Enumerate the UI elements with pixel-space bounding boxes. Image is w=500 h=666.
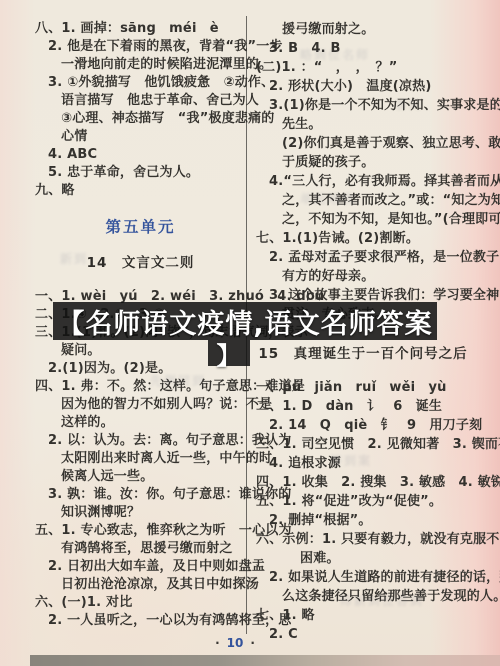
answer-line: 3. 孰：谁。汝：你。句子意思：谁说你的 (35, 486, 246, 504)
answer-line: 2. 删掉“根据”。 (256, 511, 470, 530)
answer-line: 于质疑的孩子。 (256, 153, 470, 172)
answer-line: 八、1. 画掉：sāng méi è (35, 20, 246, 38)
answer-line: 四、1. 收集 2. 搜集 3. 敏感 4. 敏锐 (256, 473, 470, 492)
watermark-text-line1: 【名师语文疫情,语文名师答案 (57, 302, 432, 341)
answer-line: 九、略 (35, 182, 246, 200)
answer-line: 日初出沧沧凉凉，及其日中如探汤 (35, 576, 246, 594)
answer-line: 2. 如果说人生道路的前进有捷径的话，那 (256, 568, 470, 587)
bleedthrough-text: 先例同到 (150, 372, 206, 389)
answer-line: 候离人远一些。 (35, 468, 246, 486)
answer-line: 六、(一)1. 对比 (35, 594, 246, 612)
answer-line: 太阳刚出来时离人近一些，中午的时 (35, 450, 246, 468)
answer-line: 一、pǔ jiǎn ruǐ wěi yù (256, 378, 470, 397)
answer-line: 之，不知为不知，是知也。”(合理即可) (256, 210, 470, 229)
footer-right-dot: · (250, 636, 255, 650)
answer-line: 2. 一人虽听之，一心以为有鸿鹄将至，思 (35, 612, 246, 630)
answer-line: 五、1. 专心致志，惟弈秋之为听 一心以为 (35, 522, 246, 540)
answer-line: 七、1.(1)告诫。(2)割断。 (256, 229, 470, 248)
lesson-heading: 15 真理诞生于一百个问号之后 (256, 344, 470, 364)
answer-line: 六、示例：1. 只要有毅力，就没有克服不了的 (256, 530, 470, 549)
scan-edge-shadow (30, 655, 500, 666)
answer-line: 五、1. 将“促进”改为“促使”。 (256, 492, 470, 511)
bleedthrough-text: 略到位名师 (300, 46, 370, 63)
watermark-text-line2: 】 (217, 336, 242, 371)
watermark-banner-bracket: 】 (208, 340, 250, 366)
answer-line: 先生。 (256, 115, 470, 134)
answer-line: 有方的好母亲。 (256, 267, 470, 286)
unit-heading: 第五单元 (35, 216, 246, 238)
answer-line: 语言描写 他忠于革命、舍己为人 (35, 92, 246, 110)
answer-line: 因为他的智力不如别人吗？说：不是 (35, 396, 246, 414)
answer-line: 3.(1)你是一个不知为不知、实事求是的 (256, 96, 470, 115)
answer-line: 二、1. D dàn 讠 6 诞生 (256, 397, 470, 416)
answer-line: 四、1. 弗：不。然：这样。句子意思：难道是 (35, 378, 246, 396)
answer-line: 这样的。 (35, 414, 246, 432)
answer-line: 困难。 (256, 549, 470, 568)
bleedthrough-text: 答到案 (330, 452, 372, 469)
bleedthrough-text: 单元培优 (300, 190, 356, 207)
answer-line: ③心理、神态描写 “我”极度悲痛的 (35, 110, 246, 128)
bleedthrough-text: 新到 (60, 250, 88, 267)
page-number: 10 (227, 636, 244, 650)
answer-line: 5. 忠于革命，舍己为人。 (35, 164, 246, 182)
footer-left-dot: · (215, 636, 220, 650)
scanned-answer-page: 略到位名师答同单元培优新到先例同到答到案师新到位答到 八、1. 画掉：sāng … (0, 0, 500, 666)
answer-line: 之，其不善者而改之。”或：“知之为知 (256, 191, 470, 210)
watermark-banner: 【名师语文疫情,语文名师答案 (53, 302, 437, 340)
answer-line: 4.“三人行，必有我师焉。择其善者而从 (256, 172, 470, 191)
answer-line: 2. 他是在下着雨的黑夜，背着“我”一步 (35, 38, 246, 56)
answer-line: 援弓缴而射之。 (256, 20, 470, 39)
answer-line: 2. 日初出大如车盖，及日中则如盘盂 (35, 558, 246, 576)
answer-line: 心情 (35, 128, 246, 146)
answer-line: 2. 形状(大小) 温度(凉热) (256, 77, 470, 96)
answer-line: 4. ABC (35, 146, 246, 164)
answer-line: 2. 14 Q qiè 钅 9 用刀子刻 (256, 416, 470, 435)
answer-line: (2)你们真是善于观察、独立思考、敢 (256, 134, 470, 153)
answer-line: 知识渊博呢？ (35, 504, 246, 522)
answer-line: 2. 以：认为。去：离。句子意思：我认为 (35, 432, 246, 450)
answer-line: 2. 孟母对孟子要求很严格，是一位教子 (256, 248, 470, 267)
answer-line: 一滑地向前走的时候陷进泥潭里的。 (35, 56, 246, 74)
page-footer: ·10· (0, 636, 470, 650)
bleedthrough-text: 师新到位答到 (340, 592, 424, 609)
answer-line: 有鸿鹄将至，思援弓缴而射之 (35, 540, 246, 558)
answer-line: 3. ①外貌描写 他饥饿疲惫 ②动作、 (35, 74, 246, 92)
bleedthrough-text: 答同 (395, 96, 423, 113)
